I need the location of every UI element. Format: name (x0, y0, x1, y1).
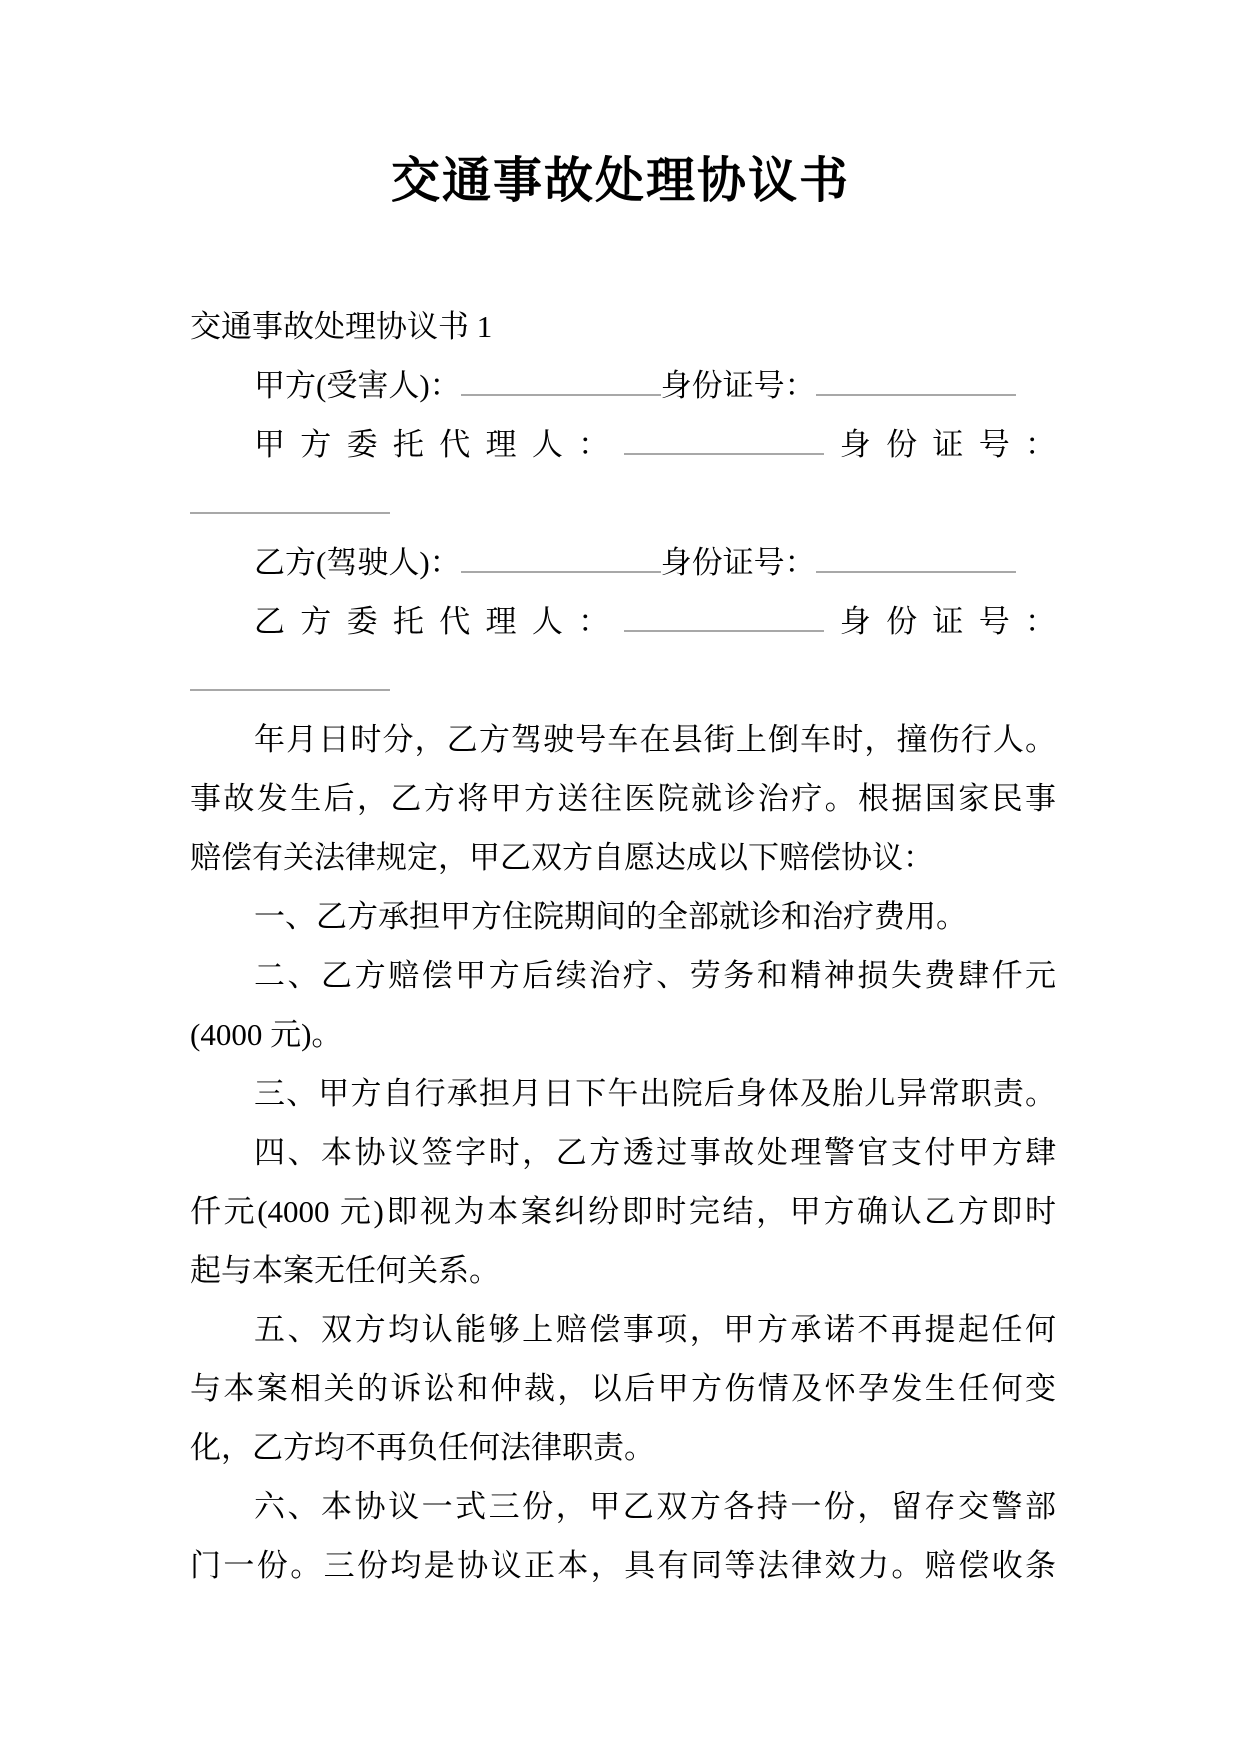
text-run: 门一份。三份均是协议正本，具有同等法律效力。赔偿收条 (190, 1548, 1056, 1583)
document-line: 仟元(4000 元)即视为本案纠纷即时完结，甲方确认乙方即时 (190, 1182, 1056, 1241)
text-run: 身份证号： (824, 604, 1056, 639)
text-run: 赔偿有关法律规定，甲乙双方自愿达成以下赔偿协议： (190, 840, 934, 875)
document-line: 年月日时分，乙方驾驶号车在县街上倒车时，撞伤行人。 (190, 710, 1056, 769)
text-run: 四、本协议签字时，乙方透过事故处理警官支付甲方肆 (254, 1135, 1056, 1170)
text-run: 身份证号： (824, 427, 1056, 462)
document-line (190, 474, 1056, 533)
text-run: 三、甲方自行承担月日下午出院后身体及胎儿异常职责。 (254, 1076, 1056, 1111)
document-title: 交通事故处理协议书 (0, 142, 1241, 212)
text-run: 乙方(驾驶人)： (254, 545, 461, 580)
text-run: 二、乙方赔偿甲方后续治疗、劳务和精神损失费肆仟元 (254, 958, 1056, 993)
text-run: 事故发生后，乙方将甲方送往医院就诊治疗。根据国家民事 (190, 781, 1056, 816)
document-line: 甲方委托代理人：身份证号： (190, 415, 1056, 474)
blank-underline (461, 356, 661, 396)
document-line: 乙方(驾驶人)：身份证号： (190, 533, 1056, 592)
text-run: 甲方(受害人)： (254, 368, 461, 403)
text-run: 交通事故处理协议书 1 (190, 309, 492, 344)
document-line: 与本案相关的诉讼和仲裁，以后甲方伤情及怀孕发生任何变 (190, 1359, 1056, 1418)
document-line: 赔偿有关法律规定，甲乙双方自愿达成以下赔偿协议： (190, 828, 1056, 887)
text-run: 与本案相关的诉讼和仲裁，以后甲方伤情及怀孕发生任何变 (190, 1371, 1056, 1406)
blank-underline (816, 356, 1016, 396)
text-run: 一、乙方承担甲方住院期间的全部就诊和治疗费用。 (254, 899, 967, 934)
text-run: 身份证号： (661, 368, 816, 403)
document-line: 六、本协议一式三份，甲乙双方各持一份，留存交警部 (190, 1477, 1056, 1536)
document-line: 一、乙方承担甲方住院期间的全部就诊和治疗费用。 (190, 887, 1056, 946)
blank-underline (461, 533, 661, 573)
blank-underline (816, 533, 1016, 573)
blank-underline (624, 415, 824, 455)
document-line: 事故发生后，乙方将甲方送往医院就诊治疗。根据国家民事 (190, 769, 1056, 828)
document-line: 三、甲方自行承担月日下午出院后身体及胎儿异常职责。 (190, 1064, 1056, 1123)
document-line: 四、本协议签字时，乙方透过事故处理警官支付甲方肆 (190, 1123, 1056, 1182)
text-run: 六、本协议一式三份，甲乙双方各持一份，留存交警部 (254, 1489, 1056, 1524)
blank-underline (624, 592, 824, 632)
text-run: 起与本案无任何关系。 (190, 1253, 500, 1288)
text-run: 乙方委托代理人： (254, 604, 624, 639)
document-line (190, 651, 1056, 710)
document-line: (4000 元)。 (190, 1005, 1056, 1064)
text-run: 身份证号： (661, 545, 816, 580)
document-line: 起与本案无任何关系。 (190, 1241, 1056, 1300)
blank-underline (190, 474, 390, 514)
blank-underline (190, 651, 390, 691)
document-page: 交通事故处理协议书 交通事故处理协议书 1甲方(受害人)：身份证号：甲方委托代理… (0, 0, 1241, 1754)
text-run: 五、双方均认能够上赔偿事项，甲方承诺不再提起任何 (254, 1312, 1056, 1347)
text-run: 化，乙方均不再负任何法律职责。 (190, 1430, 655, 1465)
document-body: 交通事故处理协议书 1甲方(受害人)：身份证号：甲方委托代理人：身份证号：乙方(… (190, 297, 1056, 1595)
doc-subtitle: 交通事故处理协议书 1 (190, 297, 1056, 356)
document-line: 化，乙方均不再负任何法律职责。 (190, 1418, 1056, 1477)
text-run: 年月日时分，乙方驾驶号车在县街上倒车时，撞伤行人。 (254, 722, 1056, 757)
document-line: 乙方委托代理人：身份证号： (190, 592, 1056, 651)
text-run: 甲方委托代理人： (254, 427, 624, 462)
document-line: 门一份。三份均是协议正本，具有同等法律效力。赔偿收条 (190, 1536, 1056, 1595)
document-line: 甲方(受害人)：身份证号： (190, 356, 1056, 415)
document-line: 五、双方均认能够上赔偿事项，甲方承诺不再提起任何 (190, 1300, 1056, 1359)
document-line: 二、乙方赔偿甲方后续治疗、劳务和精神损失费肆仟元 (190, 946, 1056, 1005)
text-run: (4000 元)。 (190, 1017, 342, 1052)
text-run: 仟元(4000 元)即视为本案纠纷即时完结，甲方确认乙方即时 (190, 1194, 1056, 1229)
